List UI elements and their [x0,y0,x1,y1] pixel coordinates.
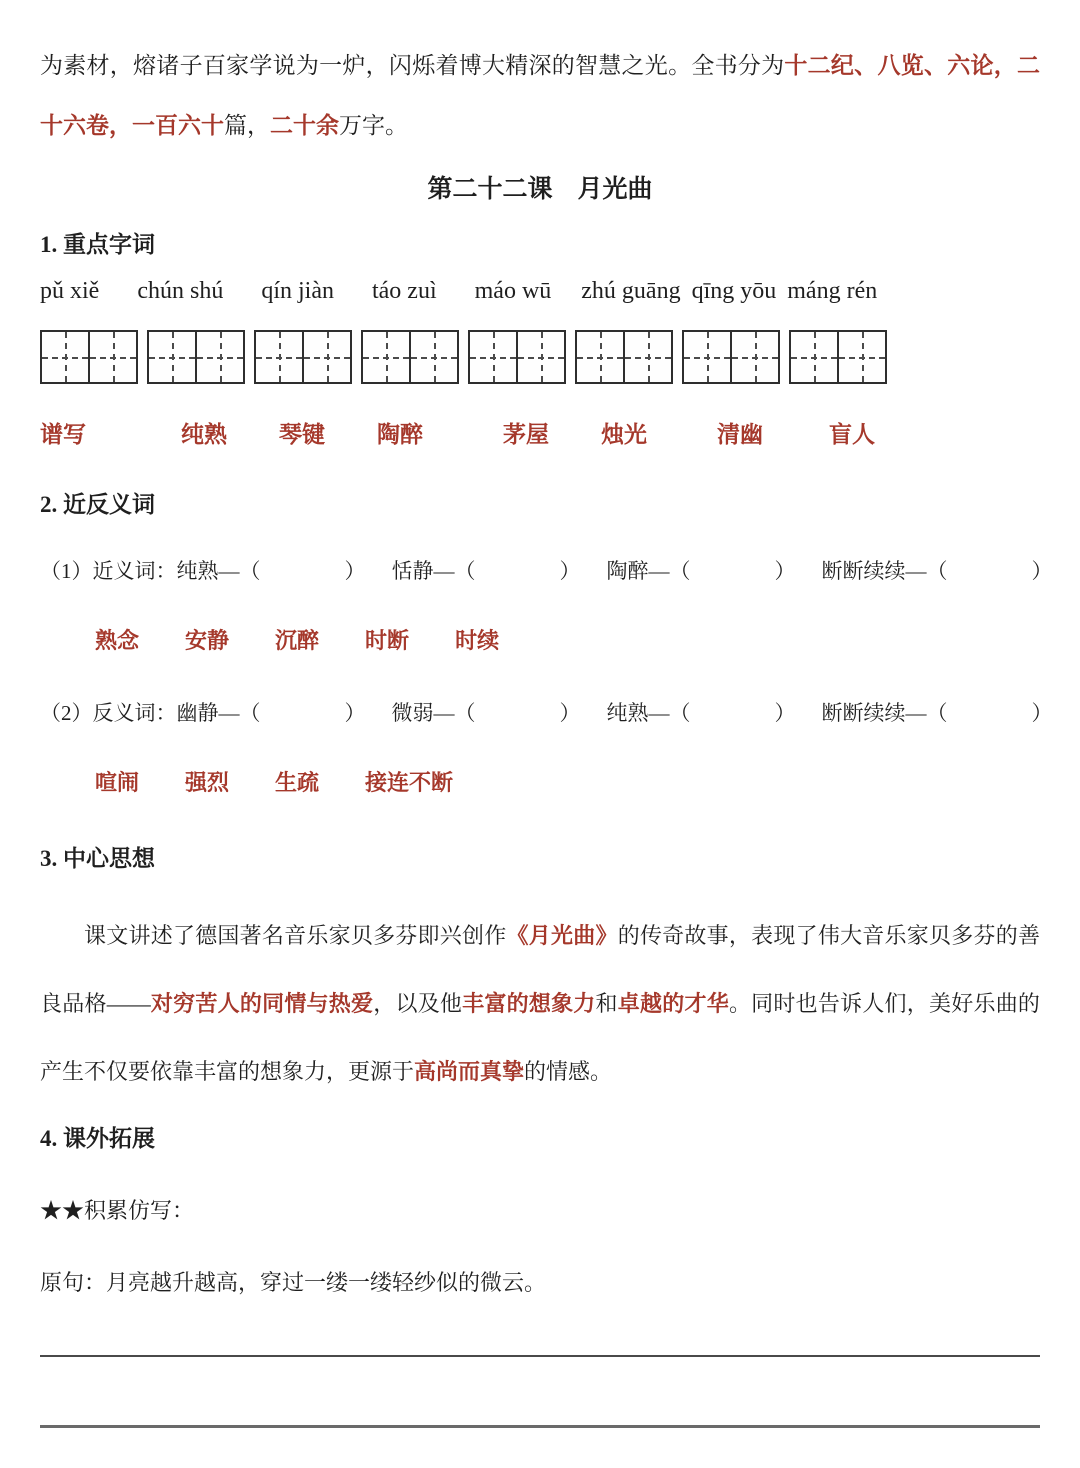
pinyin-word: qín jiàn [261,278,334,304]
character-cell [623,332,671,382]
writing-grid-group [254,330,352,384]
answer-word: 茅屋 [503,422,549,447]
pinyin-word: pǔ xiě [40,278,99,304]
answer-line [40,1355,1040,1357]
writing-grid-group [361,330,459,384]
central-idea-highlight: 高尚而真挚 [414,1059,524,1084]
answer-word: 生疏 [275,770,319,795]
character-cell [730,332,778,382]
character-cell [363,332,409,382]
imitation-writing-label: ★★积累仿写： [40,1194,1040,1228]
answer-word: 纯熟 [181,422,227,447]
key-words-answers: 谱写纯熟琴键陶醉茅屋烛光清幽盲人 [40,418,1040,452]
writing-grid-group [789,330,887,384]
central-idea-highlight: 丰富的想象力 [462,991,595,1016]
synonym-answers: 熟念安静沉醉时断时续 [40,624,1040,658]
pinyin-word: zhú guāng [581,278,680,304]
central-idea-text: ，以及他 [373,991,462,1016]
antonym-blank: 断断续续—（ ） [822,701,1053,725]
answer-word: 强烈 [185,770,229,795]
pinyin-word: qīng yōu [692,278,777,304]
lesson-title: 第二十二课 月光曲 [40,172,1040,208]
central-idea-paragraph: 课文讲述了德国著名音乐家贝多芬即兴创作《月光曲》的传奇故事，表现了伟大音乐家贝多… [40,902,1040,1106]
character-cell [409,332,457,382]
answer-word: 盲人 [829,422,875,447]
answer-word: 清幽 [717,422,763,447]
central-idea-highlight: 卓越的才华 [618,991,729,1016]
synonym-blank: 恬静—（ ） [392,559,581,583]
central-idea-text: 课文讲述了德国著名音乐家贝多芬即兴创作 [84,923,507,948]
synonym-blank: 纯熟—（ ） [177,559,366,583]
section-heading-synonyms-antonyms: 2. 近反义词 [40,488,1040,522]
character-cell [516,332,564,382]
pinyin-word: chún shú [137,278,223,304]
section-heading-extension: 4. 课外拓展 [40,1122,1040,1156]
writing-grid-group [575,330,673,384]
answer-word: 喧闹 [95,770,139,795]
answer-word: 时续 [455,628,499,653]
central-idea-highlight: 《月光曲》 [507,923,618,948]
character-cell [577,332,623,382]
antonym-blank: 幽静—（ ） [177,701,366,725]
central-idea-text: 的情感。 [524,1059,612,1084]
synonym-label: （1）近义词： [40,559,177,583]
writing-grid-group [468,330,566,384]
answer-line [40,1425,1040,1428]
antonym-question-row: （2）反义词：幽静—（ ）微弱—（ ）纯熟—（ ）断断续续—（ ） [40,696,1040,730]
pinyin-word: máo wū [475,278,552,304]
pinyin-word: táo zuì [372,278,437,304]
character-cell [149,332,195,382]
pinyin-word: máng rén [787,278,877,304]
original-sentence: 原句：月亮越升越高，穿过一缕一缕轻纱似的微云。 [40,1266,1040,1300]
writing-grid-row [40,330,1040,384]
synonym-question-row: （1）近义词：纯熟—（ ）恬静—（ ）陶醉—（ ）断断续续—（ ） [40,554,1040,588]
writing-grid-group [40,330,138,384]
antonym-label: （2）反义词： [40,701,177,725]
answer-word: 琴键 [279,422,325,447]
section-heading-key-words: 1. 重点字词 [40,228,1040,262]
synonym-blank: 陶醉—（ ） [607,559,796,583]
intro-text-black-end: 万字。 [339,113,408,138]
character-cell [302,332,350,382]
intro-text-red-count: 二十余 [270,113,339,138]
antonym-blank: 纯熟—（ ） [607,701,796,725]
intro-paragraph: 为素材，熔诸子百家学说为一炉，闪烁着博大精深的智慧之光。全书分为十二纪、八览、六… [40,36,1040,156]
answer-word: 时断 [365,628,409,653]
character-cell [256,332,302,382]
writing-grid-group [147,330,245,384]
intro-text-black-pian: 篇， [224,113,270,138]
central-idea-text: 和 [596,991,618,1016]
answer-word: 安静 [185,628,229,653]
answer-word: 烛光 [601,422,647,447]
pinyin-row: pǔ xiěchún shúqín jiàntáo zuìmáo wūzhú g… [40,274,1040,308]
character-cell [42,332,88,382]
character-cell [791,332,837,382]
character-cell [88,332,136,382]
section-heading-central-idea: 3. 中心思想 [40,842,1040,876]
antonym-blank: 微弱—（ ） [392,701,581,725]
intro-text-black: 为素材，熔诸子百家学说为一炉，闪烁着博大精深的智慧之光。全书分为 [40,53,784,78]
answer-word: 沉醉 [275,628,319,653]
writing-grid-group [682,330,780,384]
answer-word: 谱写 [40,422,86,447]
synonym-blank: 断断续续—（ ） [822,559,1053,583]
answer-word: 接连不断 [365,770,453,795]
antonym-answers: 喧闹强烈生疏接连不断 [40,766,1040,800]
answer-word: 熟念 [95,628,139,653]
character-cell [684,332,730,382]
character-cell [470,332,516,382]
character-cell [837,332,885,382]
answer-word: 陶醉 [377,422,423,447]
character-cell [195,332,243,382]
central-idea-highlight: 对穷苦人的同情与热爱 [151,991,374,1016]
